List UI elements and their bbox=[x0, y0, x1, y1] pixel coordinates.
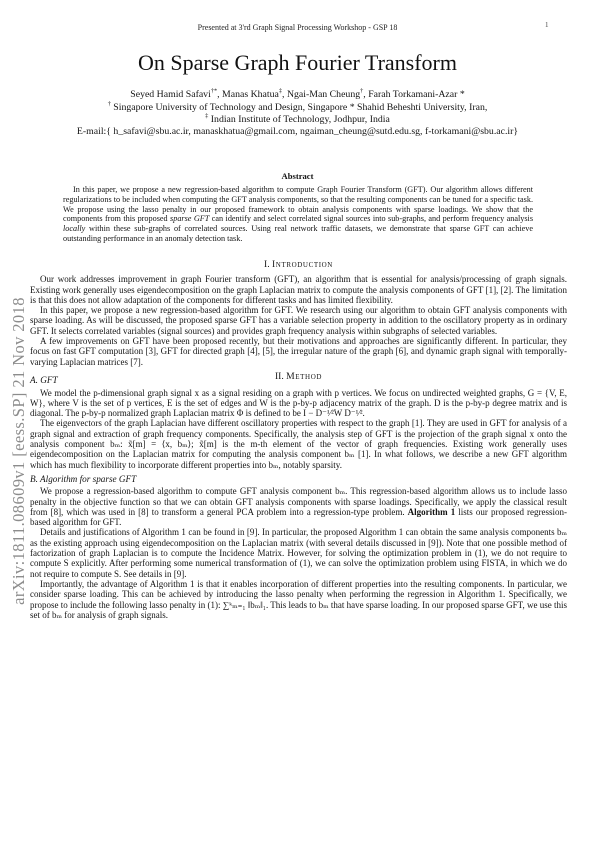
abstract-text: In this paper, we propose a new regressi… bbox=[63, 185, 533, 244]
section-number: II. bbox=[275, 371, 284, 382]
section-1-heading: I. Introduction bbox=[30, 260, 567, 270]
method-b-paragraph-2: Details and justifications of Algorithm … bbox=[30, 527, 567, 578]
email-line: E-mail:{ h_safavi@sbu.ac.ir, manaskhatua… bbox=[0, 126, 595, 137]
author-name: Ngai-Man Cheung bbox=[287, 89, 360, 100]
author-name: Farah Torkamani-Azar * bbox=[368, 89, 465, 100]
affiliation-1: † Singapore University of Technology and… bbox=[0, 102, 595, 113]
abstract-italic-phrase: sparse GFT bbox=[170, 214, 209, 223]
author-name: Seyed Hamid Safavi bbox=[130, 89, 211, 100]
method-a-paragraph-1: We model the p-dimensional graph signal … bbox=[30, 388, 567, 419]
algorithm-1-bold: Algorithm 1 bbox=[408, 507, 456, 517]
abstract-segment: can identify and select correlated signa… bbox=[209, 214, 533, 223]
arxiv-watermark: arXiv:1811.08609v1 [eess.SP] 21 Nov 2018 bbox=[9, 251, 31, 651]
affiliation-text: Singapore University of Technology and D… bbox=[111, 102, 487, 113]
affiliation-text: Indian Institute of Technology, Jodhpur,… bbox=[208, 114, 390, 125]
intro-paragraph-1: Our work addresses improvement in graph … bbox=[30, 274, 567, 305]
body-column: I. Introduction Our work addresses impro… bbox=[30, 260, 567, 620]
method-b-paragraph-3: Importantly, the advantage of Algorithm … bbox=[30, 579, 567, 620]
paper-title: On Sparse Graph Fourier Transform bbox=[0, 50, 595, 76]
affiliation-2: ‡ Indian Institute of Technology, Jodhpu… bbox=[0, 114, 595, 125]
abstract-segment: within these sub-graphs of correlated so… bbox=[63, 224, 533, 243]
section-number: I. bbox=[264, 259, 270, 270]
abstract-italic-phrase: locally bbox=[63, 224, 85, 233]
author-name: Manas Khatua bbox=[222, 89, 279, 100]
conference-header: Presented at 3'rd Graph Signal Processin… bbox=[0, 23, 595, 32]
method-b-paragraph-1: We propose a regression-based algorithm … bbox=[30, 486, 567, 527]
section-title: Method bbox=[286, 371, 322, 382]
intro-paragraph-3: A few improvements on GFT have been prop… bbox=[30, 336, 567, 367]
author-line: Seyed Hamid Safavi†*, Manas Khatua‡, Nga… bbox=[0, 89, 595, 100]
intro-paragraph-2: In this paper, we propose a new regressi… bbox=[30, 305, 567, 336]
method-a-paragraph-2: The eigenvectors of the graph Laplacian … bbox=[30, 418, 567, 469]
paper-page: arXiv:1811.08609v1 [eess.SP] 21 Nov 2018… bbox=[0, 0, 595, 842]
abstract-heading: Abstract bbox=[0, 171, 595, 181]
page-number: 1 bbox=[545, 21, 549, 29]
subsection-b-heading: B. Algorithm for sparse GFT bbox=[30, 474, 567, 484]
section-title: Introduction bbox=[272, 259, 333, 270]
